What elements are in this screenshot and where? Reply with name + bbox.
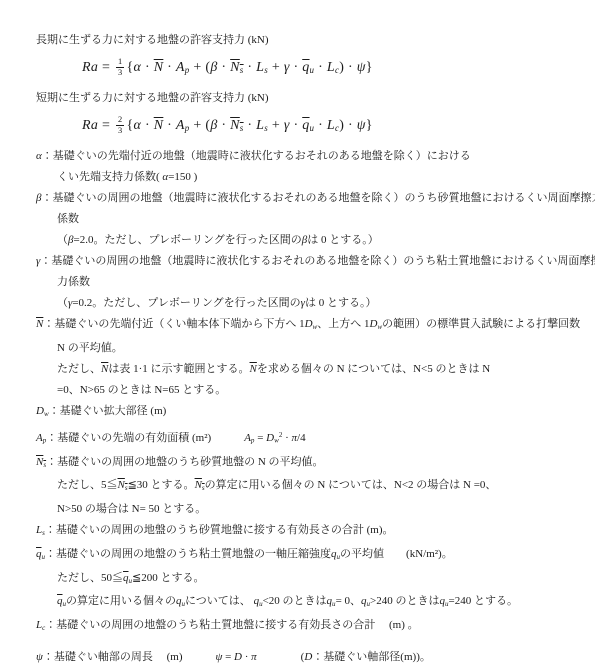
text-run: = <box>222 651 234 663</box>
def-qubar: qu：基礎ぐいの周囲の地盤のうち粘土質地盤の一軸圧縮強度quの平均値 (kN/m… <box>36 544 577 567</box>
math-run: L <box>327 118 335 133</box>
overbar-group: N <box>154 60 164 75</box>
math-run: N <box>154 118 164 133</box>
text-run: ： <box>45 548 56 560</box>
text-run: 力係数 <box>57 276 90 288</box>
text-run: 基礎ぐいの周囲の地盤（地震時に液状化するおそれのある地盤を除く）のうち砂質地盤に… <box>52 192 595 204</box>
text-run: · <box>141 60 154 75</box>
overbar-group: Ns <box>195 479 205 491</box>
math-run: D <box>36 405 44 417</box>
math-run: A <box>244 432 251 444</box>
math-run: D <box>266 432 274 444</box>
math-run: A <box>176 118 185 133</box>
math-run: N <box>230 118 240 133</box>
text-run: =150 ) <box>168 171 197 183</box>
text-run: · <box>218 118 231 133</box>
def-nbar: N：基礎ぐいの先端付近（くい軸本体下端から下方へ 1Dw、上方へ 1Dwの範囲）… <box>36 314 577 337</box>
math-run: L <box>327 60 335 75</box>
overbar-group: Ns <box>230 60 243 75</box>
text-run: ただし、5≦ <box>57 479 118 491</box>
def-beta-cont2: （β=2.0。ただし、プレボーリングを行った区間のβは 0 とする。） <box>36 230 577 250</box>
text-run: くい先端支持力係数( <box>57 171 162 183</box>
def-ap: Ap：基礎ぐいの先端の有効面積 (m²) Ap = Dw2 · π/4 <box>36 425 577 451</box>
text-run: 基礎ぐいの周囲の地盤のうち砂質地盤の N の平均値。 <box>57 456 323 468</box>
math-run: ψ <box>357 118 366 133</box>
text-run: (kN/m²)。 <box>384 548 453 560</box>
def-gamma-cont1: 力係数 <box>36 272 577 292</box>
text-run: 基礎ぐいの先端付近の地盤（地震時に液状化するおそれのある地盤を除く）における <box>53 150 471 162</box>
overbar-group: Ns <box>118 479 128 491</box>
text-run: の平均値 <box>340 548 384 560</box>
text-run: 基礎ぐい軸部径(m))。 <box>323 651 431 663</box>
def-nbar-cont3: =0、N>65 のときは N=65 とする。 <box>36 380 577 400</box>
math-run: N <box>154 60 164 75</box>
text-run: 係数 <box>57 213 79 225</box>
text-run: ： <box>46 432 57 444</box>
math-run: D <box>234 651 242 663</box>
text-run: (m) <box>153 651 183 663</box>
text-run: >240 のときは <box>370 595 439 607</box>
text-run: N>50 の場合は N= 50 とする。 <box>57 503 206 515</box>
text-run: = <box>98 60 114 75</box>
text-run: · <box>244 118 257 133</box>
text-run: ： <box>49 405 60 417</box>
text-run: · <box>282 432 291 444</box>
text-run: = <box>98 118 114 133</box>
text-run: ただし、50≦ <box>57 572 123 584</box>
text-run: は 0 とする。） <box>305 297 377 309</box>
document-body: 長期に生ずる力に対する地盤の許容支持力 (kN)Ra = 13{α · N · … <box>36 30 577 667</box>
text-run: = 0、 <box>336 595 361 607</box>
def-ls: Ls：基礎ぐいの周囲の地盤のうち砂質地盤に接する有効長さの合計 (m)。 <box>36 520 577 543</box>
math-run: ψ <box>357 60 366 75</box>
def-beta-cont1: 係数 <box>36 209 577 229</box>
def-nsbar-cont1: ただし、5≦Ns≦30 とする。Nsの算定に用いる個々の N については、N<2… <box>36 475 577 498</box>
def-dw: Dw：基礎ぐい拡大部径 (m) <box>36 401 577 424</box>
text-run: ： <box>43 318 54 330</box>
text-run: · <box>290 60 303 75</box>
def-nbar-cont2: ただし、Nは表 1·1 に示す範囲とする。Nを求める個々の N については、N<… <box>36 359 577 379</box>
text-run: 基礎ぐいの先端の有効面積 (m²) <box>57 432 211 444</box>
text-run: + <box>190 60 206 75</box>
text-run: 、上方へ 1 <box>317 318 369 330</box>
text-run: · <box>244 60 257 75</box>
text-run <box>182 651 215 663</box>
text-run: N の平均値。 <box>57 342 123 354</box>
text-run: 長期に生ずる力に対する地盤の許容支持力 (kN) <box>36 34 269 46</box>
overbar-group: N <box>154 118 164 133</box>
text-run: は 0 とする。） <box>307 234 379 246</box>
text-run: · <box>141 118 154 133</box>
text-run: =2.0。ただし、プレボーリングを行った区間の <box>73 234 301 246</box>
formula-short-term: Ra = 23{α · N · Ap + (β · Ns · Ls + γ · … <box>36 114 577 140</box>
text-run <box>211 432 244 444</box>
math-run: N <box>195 479 202 491</box>
text-run: ≦200 とする。 <box>132 572 204 584</box>
text-run: = <box>254 432 266 444</box>
text-run: 基礎ぐい拡大部径 (m) <box>60 405 167 417</box>
math-run: ψ <box>36 651 43 663</box>
math-run: N <box>230 60 240 75</box>
def-gamma-cont2: （γ=0.2。ただし、プレボーリングを行った区間のγは 0 とする。） <box>36 293 577 313</box>
text-run: · <box>163 60 176 75</box>
math-run: Ra <box>82 118 98 133</box>
text-run: ≦30 とする。 <box>128 479 195 491</box>
text-run: の範囲）の標準貫入試験による打撃回数 <box>382 318 580 330</box>
text-run: } <box>366 118 373 133</box>
text-run: · <box>163 118 176 133</box>
heading-short-term: 短期に生ずる力に対する地盤の許容支持力 (kN) <box>36 88 577 108</box>
def-alpha-cont: くい先端支持力係数( α=150 ) <box>36 167 577 187</box>
math-run: β <box>210 60 217 75</box>
heading-long-term: 長期に生ずる力に対する地盤の許容支持力 (kN) <box>36 30 577 50</box>
def-psi: ψ：基礎ぐい軸部の周長 (m) ψ = D · π (D：基礎ぐい軸部径(m))… <box>36 647 577 667</box>
text-run: については、 <box>185 595 254 607</box>
text-run: 短期に生ずる力に対する地盤の許容支持力 (kN) <box>36 92 269 104</box>
math-run: N <box>118 479 125 491</box>
def-nsbar: Ns：基礎ぐいの周囲の地盤のうち砂質地盤の N の平均値。 <box>36 452 577 475</box>
text-run: 基礎ぐいの周囲の地盤のうち粘土質地盤の一軸圧縮強度 <box>56 548 331 560</box>
math-run: N <box>250 363 257 375</box>
text-run: · <box>314 60 327 75</box>
text-run: 基礎ぐいの周囲の地盤のうち粘土質地盤に接する有効長さの合計 <box>56 619 375 631</box>
text-run: ： <box>312 651 323 663</box>
text-run: · <box>218 60 231 75</box>
def-nbar-cont1: N の平均値。 <box>36 338 577 358</box>
math-run: β <box>210 118 217 133</box>
text-run: · <box>344 118 357 133</box>
text-run: · <box>314 118 327 133</box>
text-run: （ <box>57 297 68 309</box>
math-run: D <box>305 318 313 330</box>
text-run: + <box>190 118 206 133</box>
math-run: Ra <box>82 60 98 75</box>
fraction: 23 <box>116 115 125 135</box>
text-run: · <box>242 651 251 663</box>
def-nsbar-cont2: N>50 の場合は N= 50 とする。 <box>36 499 577 519</box>
text-run: ( <box>257 651 305 663</box>
overbar-group: Ns <box>36 456 46 468</box>
text-run: =0、N>65 のときは N=65 とする。 <box>57 384 226 396</box>
math-run: α <box>133 60 141 75</box>
text-run: の算定に用いる個々の <box>66 595 176 607</box>
def-qubar-cont1: ただし、50≦qu≦200 とする。 <box>36 568 577 591</box>
def-qubar-cont2: quの算定に用いる個々のquについては、 qu<20 のときはqu= 0、qu>… <box>36 591 577 614</box>
math-run: A <box>176 60 185 75</box>
text-run: ： <box>45 619 56 631</box>
text-run: 基礎ぐいの周囲の地盤のうち砂質地盤に接する有効長さの合計 (m)。 <box>56 524 394 536</box>
fraction: 13 <box>116 57 125 77</box>
formula-long-term: Ra = 13{α · N · Ap + (β · Ns · Ls + γ · … <box>36 56 577 82</box>
text-run: （ <box>57 234 68 246</box>
text-run: は表 1·1 に示す範囲とする。 <box>108 363 249 375</box>
def-lc: Lc：基礎ぐいの周囲の地盤のうち粘土質地盤に接する有効長さの合計 (m) 。 <box>36 615 577 638</box>
text-run: ： <box>42 150 53 162</box>
text-run: を求める個々の N については、N<5 のときは N <box>257 363 490 375</box>
def-beta: β：基礎ぐいの周囲の地盤（地震時に液状化するおそれのある地盤を除く）のうち砂質地… <box>36 188 577 208</box>
document-page: 長期に生ずる力に対する地盤の許容支持力 (kN)Ra = 13{α · N · … <box>0 0 595 670</box>
math-run: q <box>302 60 309 75</box>
text-run: ただし、 <box>57 363 101 375</box>
text-run: · <box>344 60 357 75</box>
text-run: · <box>290 118 303 133</box>
text-run: ： <box>43 651 54 663</box>
text-run: =0.2。ただし、プレボーリングを行った区間の <box>72 297 300 309</box>
text-run: + <box>268 60 284 75</box>
text-run: <20 のときは <box>263 595 327 607</box>
overbar-group: N <box>250 363 257 375</box>
text-run: + <box>268 118 284 133</box>
overbar-group: Ns <box>230 118 243 133</box>
def-gamma: γ：基礎ぐいの周囲の地盤（地震時に液状化するおそれのある地盤を除く）のうち粘土質… <box>36 251 577 271</box>
def-alpha: α：基礎ぐいの先端付近の地盤（地震時に液状化するおそれのある地盤を除く）における <box>36 146 577 166</box>
text-run: 基礎ぐいの先端付近（くい軸本体下端から下方へ 1 <box>54 318 304 330</box>
text-run: =240 とする。 <box>449 595 518 607</box>
text-run: の算定に用いる個々の N については、N<2 の場合は N =0、 <box>205 479 497 491</box>
text-run: ： <box>41 192 52 204</box>
text-run: (m) 。 <box>375 619 418 631</box>
text-run: } <box>366 60 373 75</box>
text-run: 基礎ぐい軸部の周長 <box>54 651 153 663</box>
math-run: A <box>36 432 43 444</box>
text-run: 基礎ぐいの周囲の地盤（地震時に液状化するおそれのある地盤を除く）のうち粘土質地盤… <box>51 255 595 267</box>
text-run: /4 <box>297 432 306 444</box>
text-run: ： <box>46 456 57 468</box>
text-run: ： <box>45 524 56 536</box>
math-run: α <box>133 118 141 133</box>
math-run: q <box>302 118 309 133</box>
text-run: ： <box>40 255 51 267</box>
